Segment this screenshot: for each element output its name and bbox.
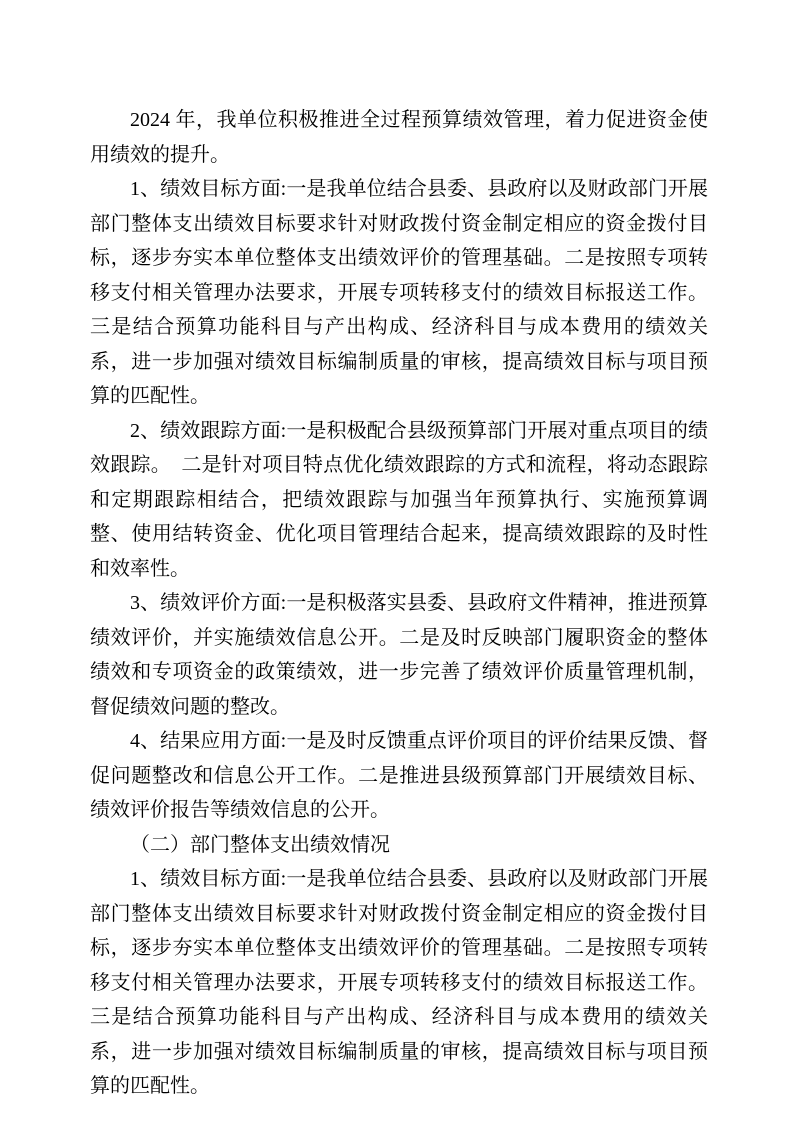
paragraph-performance-targets-2: 1、绩效目标方面:一是我单位结合县委、县政府以及财政部门开展部门整体支出绩效目标… bbox=[90, 862, 708, 1104]
document-page: 2024 年，我单位积极推进全过程预算绩效管理，着力促进资金使用绩效的提升。 1… bbox=[0, 0, 793, 1122]
paragraph-performance-tracking: 2、绩效跟踪方面:一是积极配合县级预算部门开展对重点项目的绩效跟踪。 二是针对项… bbox=[90, 414, 708, 587]
paragraph-performance-evaluation: 3、绩效评价方面:一是积极落实县委、县政府文件精神，推进预算绩效评价，并实施绩效… bbox=[90, 586, 708, 724]
document-body: 2024 年，我单位积极推进全过程预算绩效管理，着力促进资金使用绩效的提升。 1… bbox=[90, 103, 708, 1104]
section-heading-department-overall-expenditure: （二）部门整体支出绩效情况 bbox=[90, 828, 708, 863]
paragraph-intro: 2024 年，我单位积极推进全过程预算绩效管理，着力促进资金使用绩效的提升。 bbox=[90, 103, 708, 172]
paragraph-performance-targets: 1、绩效目标方面:一是我单位结合县委、县政府以及财政部门开展部门整体支出绩效目标… bbox=[90, 172, 708, 414]
paragraph-result-application: 4、结果应用方面:一是及时反馈重点评价项目的评价结果反馈、督促问题整改和信息公开… bbox=[90, 724, 708, 828]
